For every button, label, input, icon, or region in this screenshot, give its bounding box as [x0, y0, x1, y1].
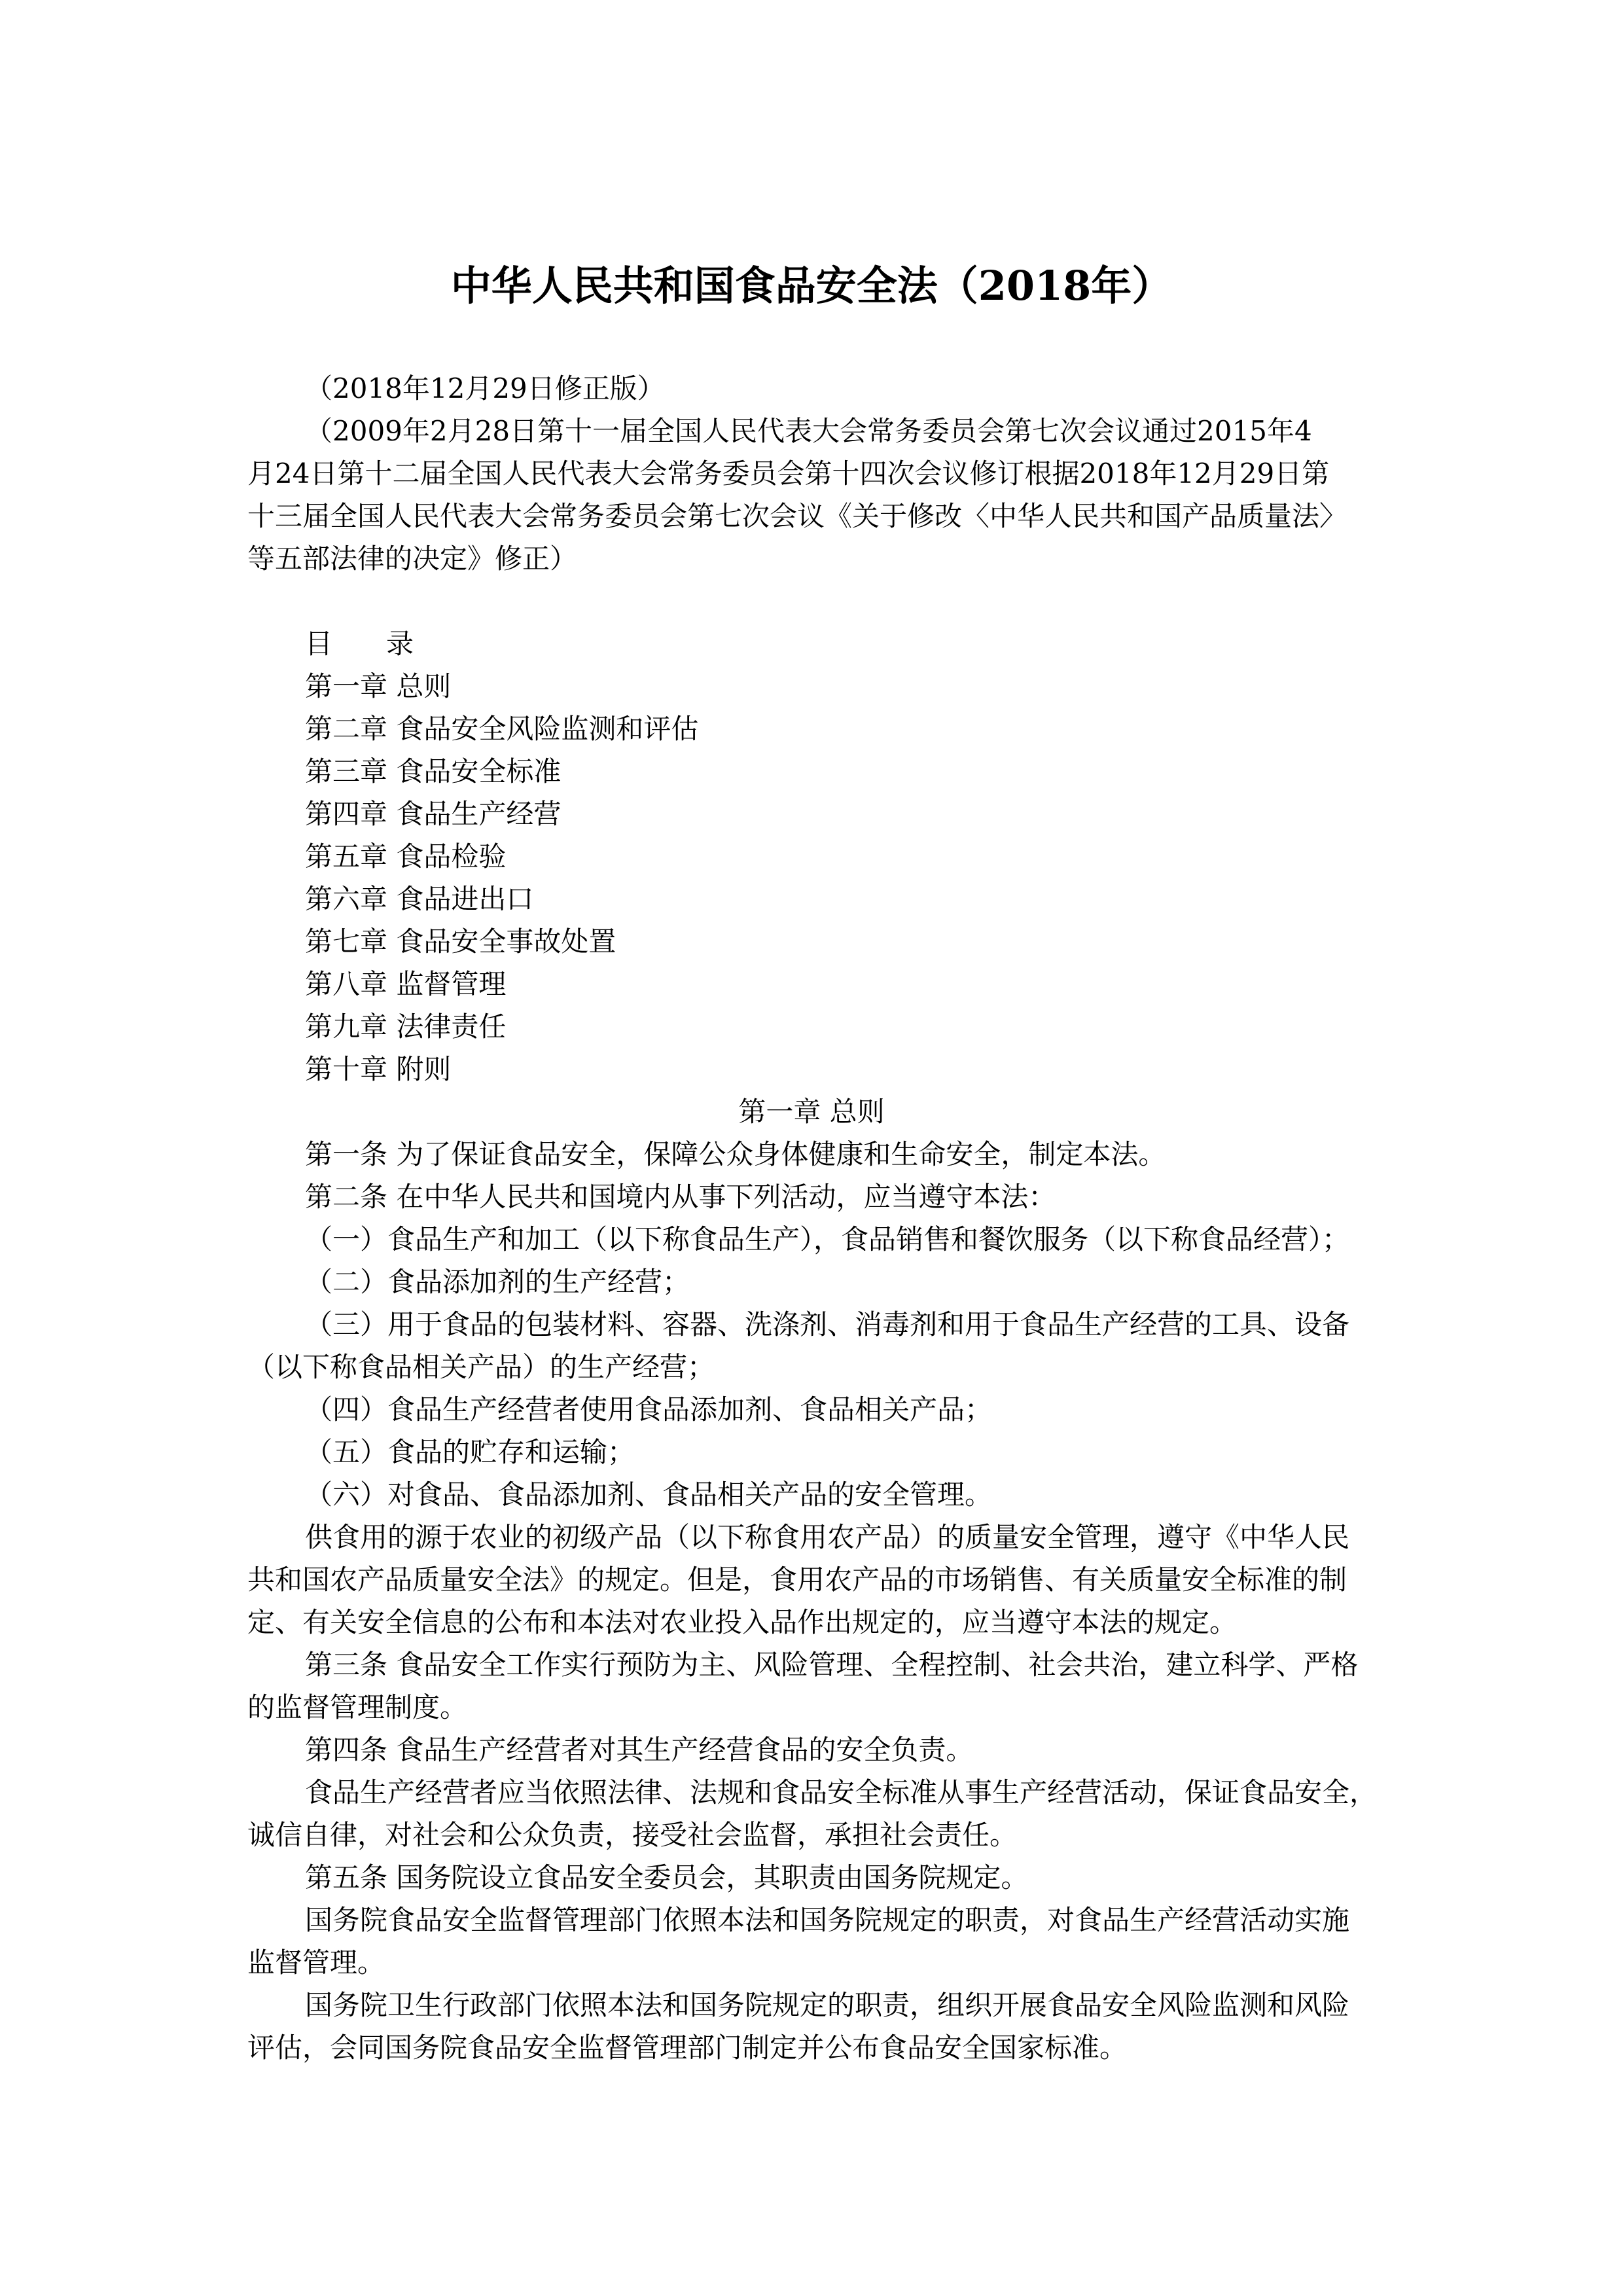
body-line: 供食用的源于农业的初级产品（以下称食用农产品）的质量安全管理，遵守《中华人民: [305, 1520, 1349, 1554]
chapter-heading: 第一章 总则: [0, 1095, 1623, 1129]
toc-item-chapter-1: 第一章 总则: [305, 670, 451, 704]
toc-item-chapter-8: 第八章 监督管理: [305, 967, 506, 1001]
body-line: （以下称食品相关产品）的生产经营；: [247, 1350, 715, 1384]
body-line: 国务院卫生行政部门依照本法和国务院规定的职责，组织开展食品安全风险监测和风险: [305, 1988, 1349, 2022]
toc-heading: 目录: [305, 627, 414, 661]
document-title: 中华人民共和国食品安全法（2018年）: [0, 257, 1623, 315]
body-line: 监督管理。: [247, 1946, 385, 1980]
body-line: （一）食品生产和加工（以下称食品生产），食品销售和餐饮服务（以下称食品经营）；: [305, 1223, 1349, 1257]
toc-heading-right: 录: [386, 627, 414, 661]
toc-item-chapter-9: 第九章 法律责任: [305, 1010, 506, 1044]
revision-note: （2018年12月29日修正版）: [305, 372, 665, 406]
body-line: 第一条 为了保证食品安全，保障公众身体健康和生命安全，制定本法。: [305, 1138, 1166, 1172]
body-line: 的监督管理制度。: [247, 1691, 467, 1725]
body-line: 食品生产经营者应当依照法律、法规和食品安全标准从事生产经营活动，保证食品安全，: [305, 1776, 1377, 1810]
body-line: （三）用于食品的包装材料、容器、洗涤剂、消毒剂和用于食品生产经营的工具、设备: [305, 1308, 1349, 1342]
body-line: 评估，会同国务院食品安全监督管理部门制定并公布食品安全国家标准。: [247, 2031, 1127, 2065]
toc-item-chapter-5: 第五章 食品检验: [305, 840, 506, 874]
body-line: 共和国农产品质量安全法》的规定。但是，食用农产品的市场销售、有关质量安全标准的制: [247, 1563, 1347, 1597]
body-line: （六）对食品、食品添加剂、食品相关产品的安全管理。: [305, 1478, 992, 1512]
toc-item-chapter-2: 第二章 食品安全风险监测和评估: [305, 712, 698, 746]
body-line: （四）食品生产经营者使用食品添加剂、食品相关产品；: [305, 1393, 992, 1427]
history-line: 十三届全国人民代表大会常务委员会第七次会议《关于修改〈中华人民共和国产品质量法〉: [247, 499, 1347, 533]
body-line: （五）食品的贮存和运输；: [305, 1435, 635, 1469]
body-line: 定、有关安全信息的公布和本法对农业投入品作出规定的，应当遵守本法的规定。: [247, 1605, 1237, 1640]
history-line: 月24日第十二届全国人民代表大会常务委员会第十四次会议修订根据2018年12月2…: [247, 457, 1329, 491]
body-line: 诚信自律，对社会和公众负责，接受社会监督，承担社会责任。: [247, 1818, 1017, 1852]
toc-item-chapter-3: 第三章 食品安全标准: [305, 755, 561, 789]
history-line: （2009年2月28日第十一届全国人民代表大会常务委员会第七次会议通过2015年…: [305, 414, 1312, 448]
toc-item-chapter-7: 第七章 食品安全事故处置: [305, 925, 616, 959]
body-line: 第四条 食品生产经营者对其生产经营食品的安全负责。: [305, 1733, 973, 1767]
body-line: 第二条 在中华人民共和国境内从事下列活动，应当遵守本法：: [305, 1180, 1056, 1214]
toc-item-chapter-10: 第十章 附则: [305, 1052, 451, 1086]
body-line: 第三条 食品安全工作实行预防为主、风险管理、全程控制、社会共治，建立科学、严格: [305, 1648, 1358, 1682]
body-line: （二）食品添加剂的生产经营；: [305, 1265, 690, 1299]
document-page: 中华人民共和国食品安全法（2018年） （2018年12月29日修正版） （20…: [0, 0, 1623, 2296]
toc-item-chapter-6: 第六章 食品进出口: [305, 882, 533, 916]
body-line: 国务院食品安全监督管理部门依照本法和国务院规定的职责，对食品生产经营活动实施: [305, 1903, 1349, 1937]
body-line: 第五条 国务院设立食品安全委员会，其职责由国务院规定。: [305, 1861, 1028, 1895]
history-line: 等五部法律的决定》修正）: [247, 542, 577, 576]
toc-heading-left: 目: [305, 627, 332, 661]
toc-item-chapter-4: 第四章 食品生产经营: [305, 797, 561, 831]
